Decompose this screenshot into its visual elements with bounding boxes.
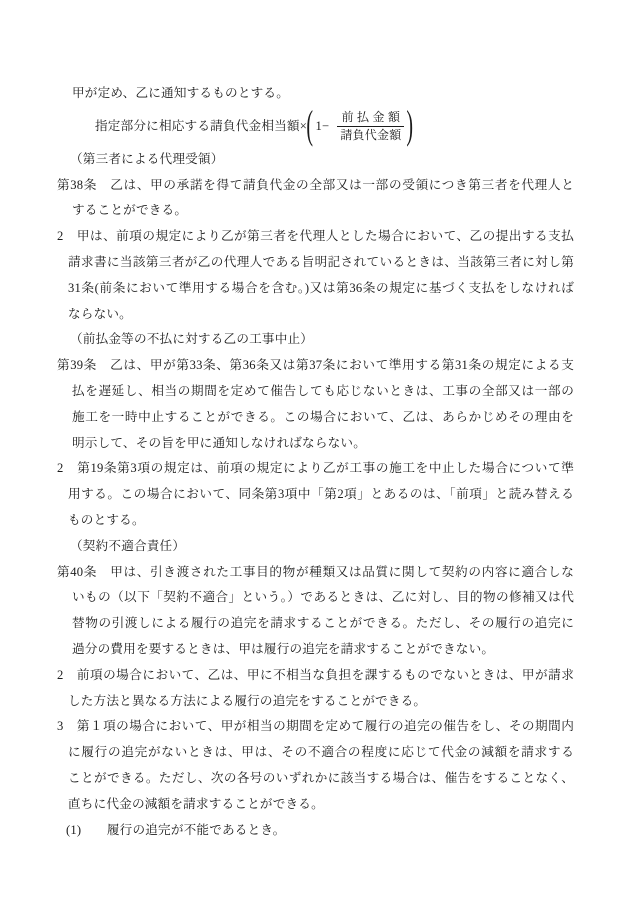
text-line: （契約不適合責任） [57, 534, 574, 560]
contract-page: 甲が定め、乙に通知するものとする。 指定部分に相応する請負代金相当額× ( 1−… [0, 0, 630, 903]
open-paren-icon: ( [306, 125, 313, 129]
formula-one-minus: 1− [316, 114, 330, 140]
text-line: ことができる。ただし、次の各号のいずれかに該当する場合は、催告をすることなく、 [57, 766, 574, 792]
formula-lead-text: 指定部分に相応する請負代金相当額× [95, 114, 307, 140]
fraction-denominator: 請負代金額 [337, 126, 404, 143]
text-line: （第三者による代理受領） [57, 147, 574, 173]
text-line: 直ちに代金の減額を請求することができる。 [57, 792, 574, 818]
text-line: 甲が定め、乙に通知するものとする。 [57, 81, 574, 107]
fraction: 前 払 金 額 請負代金額 [337, 110, 404, 143]
payment-formula: 指定部分に相応する請負代金相当額× ( 1− 前 払 金 額 請負代金額 ) [57, 107, 574, 147]
text-line: 第39条 乙は、甲が第33条、第36条又は第37条において準用する第31条の規定… [57, 353, 574, 379]
text-line: 2 前項の場合において、乙は、甲に不相当な負担を課するものでないときは、甲が請求 [57, 663, 574, 689]
text-line: 請求書に当該第三者が乙の代理人である旨明記されているときは、当該第三者に対し第 [57, 250, 574, 276]
text-line: 施工を一時中止することができる。この場合において、乙は、あらかじめその理由を [57, 405, 574, 431]
text-line: (1) 履行の追完が不能であるとき。 [57, 818, 574, 844]
text-line: （前払金等の不払に対する乙の工事中止） [57, 327, 574, 353]
text-line: することができる。 [57, 198, 574, 224]
text-line: 第40条 甲は、引き渡された工事目的物が種類又は品質に関して契約の内容に適合しな [57, 560, 574, 586]
text-line: 替物の引渡しによる履行の追完を請求することができる。ただし、その履行の追完に [57, 611, 574, 637]
text-line: 3 第１項の場合において、甲が相当の期間を定めて履行の追完の催告をし、その期間内 [57, 714, 574, 740]
text-line: ものとする。 [57, 508, 574, 534]
text-line: 過分の費用を要するときは、甲は履行の追完を請求することができない。 [57, 637, 574, 663]
close-paren-icon: ) [407, 125, 414, 129]
text-line: ならない。 [57, 302, 574, 328]
text-line: 払を遅延し、相当の期間を定めて催告しても応じないときは、工事の全部又は一部の [57, 379, 574, 405]
text-line: いもの（以下「契約不適合」という。）であるときは、乙に対し、目的物の修補又は代 [57, 585, 574, 611]
text-line: 31条(前条において準用する場合を含む。)又は第36条の規定に基づく支払をしなけ… [57, 276, 574, 302]
text-line: に履行の追完がないときは、甲は、その不適合の程度に応じて代金の減額を請求する [57, 740, 574, 766]
text-line: した方法と異なる方法による履行の追完をすることができる。 [57, 689, 574, 715]
document-body: 甲が定め、乙に通知するものとする。 指定部分に相応する請負代金相当額× ( 1−… [57, 81, 574, 843]
text-line: 2 甲は、前項の規定により乙が第三者を代理人とした場合において、乙の提出する支払 [57, 224, 574, 250]
text-line: 第38条 乙は、甲の承諾を得て請負代金の全部又は一部の受領につき第三者を代理人と [57, 173, 574, 199]
text-line: 明示して、その旨を甲に通知しなければならない。 [57, 431, 574, 457]
text-line: 2 第19条第3項の規定は、前項の規定により乙が工事の施工を中止した場合について… [57, 456, 574, 482]
fraction-numerator: 前 払 金 額 [339, 110, 403, 126]
text-line: 用する。この場合において、同条第3項中「第2項」とあるのは、「前項」と読み替える [57, 482, 574, 508]
